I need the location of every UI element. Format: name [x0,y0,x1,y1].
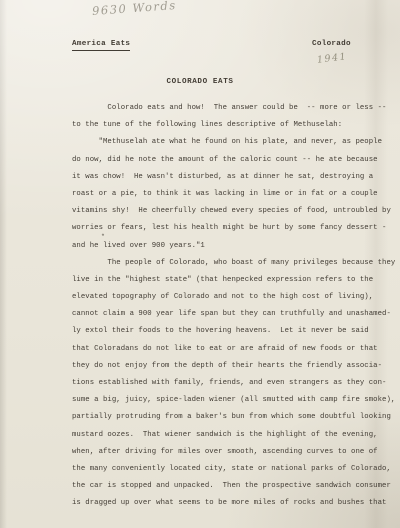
text-line: roast or a pie, to think it was lacking … [72,186,398,203]
text-line: the car is stopped and unpacked. Then th… [72,478,398,495]
text-line: partially protruding from a baker's bun … [72,409,398,426]
text-line: that Coloradans do not like to eat or ar… [72,341,398,358]
text-line: is dragged up over what seems to be more… [72,495,398,512]
text-line: do now, did he note the amount of the ca… [72,152,398,169]
manuscript-page: 9630 Words America Eats Colorado 1941 CO… [0,0,400,528]
text-line: cannot claim a 900 year life span but th… [72,306,398,323]
text-line: vitamins shy! He cheerfully chewed every… [72,203,398,220]
text-line: when, after driving for miles over smoot… [72,444,398,461]
text-line: to the tune of the following lines descr… [72,117,398,134]
text-line: and he lived over 900 years."1 [72,238,398,255]
text-line: The people of Colorado, who boast of man… [72,255,398,272]
header-project-title: America Eats [72,40,130,51]
text-line: live in the "highest state" (that henpec… [72,272,398,289]
text-line: mustard oozes. That wiener sandwich is t… [72,427,398,444]
handwritten-word-count: 9630 Words [92,0,177,18]
text-line: the many conveniently located city, stat… [72,461,398,478]
text-line: worries or fears, lest his health might … [72,220,398,237]
text-line: Colorado eats and how! The answer could … [72,100,398,117]
text-line: "Methuselah ate what he found on his pla… [72,134,398,151]
text-line: ly extol their foods to the hovering hea… [72,323,398,340]
body-text: Colorado eats and how! The answer could … [72,100,398,513]
handwritten-year: 1941 [316,51,347,66]
text-line: tions established with family, friends, … [72,375,398,392]
text-line: sume a big, juicy, spice-laden wiener (a… [72,392,398,409]
text-line: elevated topography of Colorado and not … [72,289,398,306]
text-line: it was chow! He wasn't disturbed, as at … [72,169,398,186]
header-state-name: Colorado [312,40,351,48]
document-title: COLORADO EATS [0,78,400,86]
text-line: they do not enjoy from the depth of thei… [72,358,398,375]
